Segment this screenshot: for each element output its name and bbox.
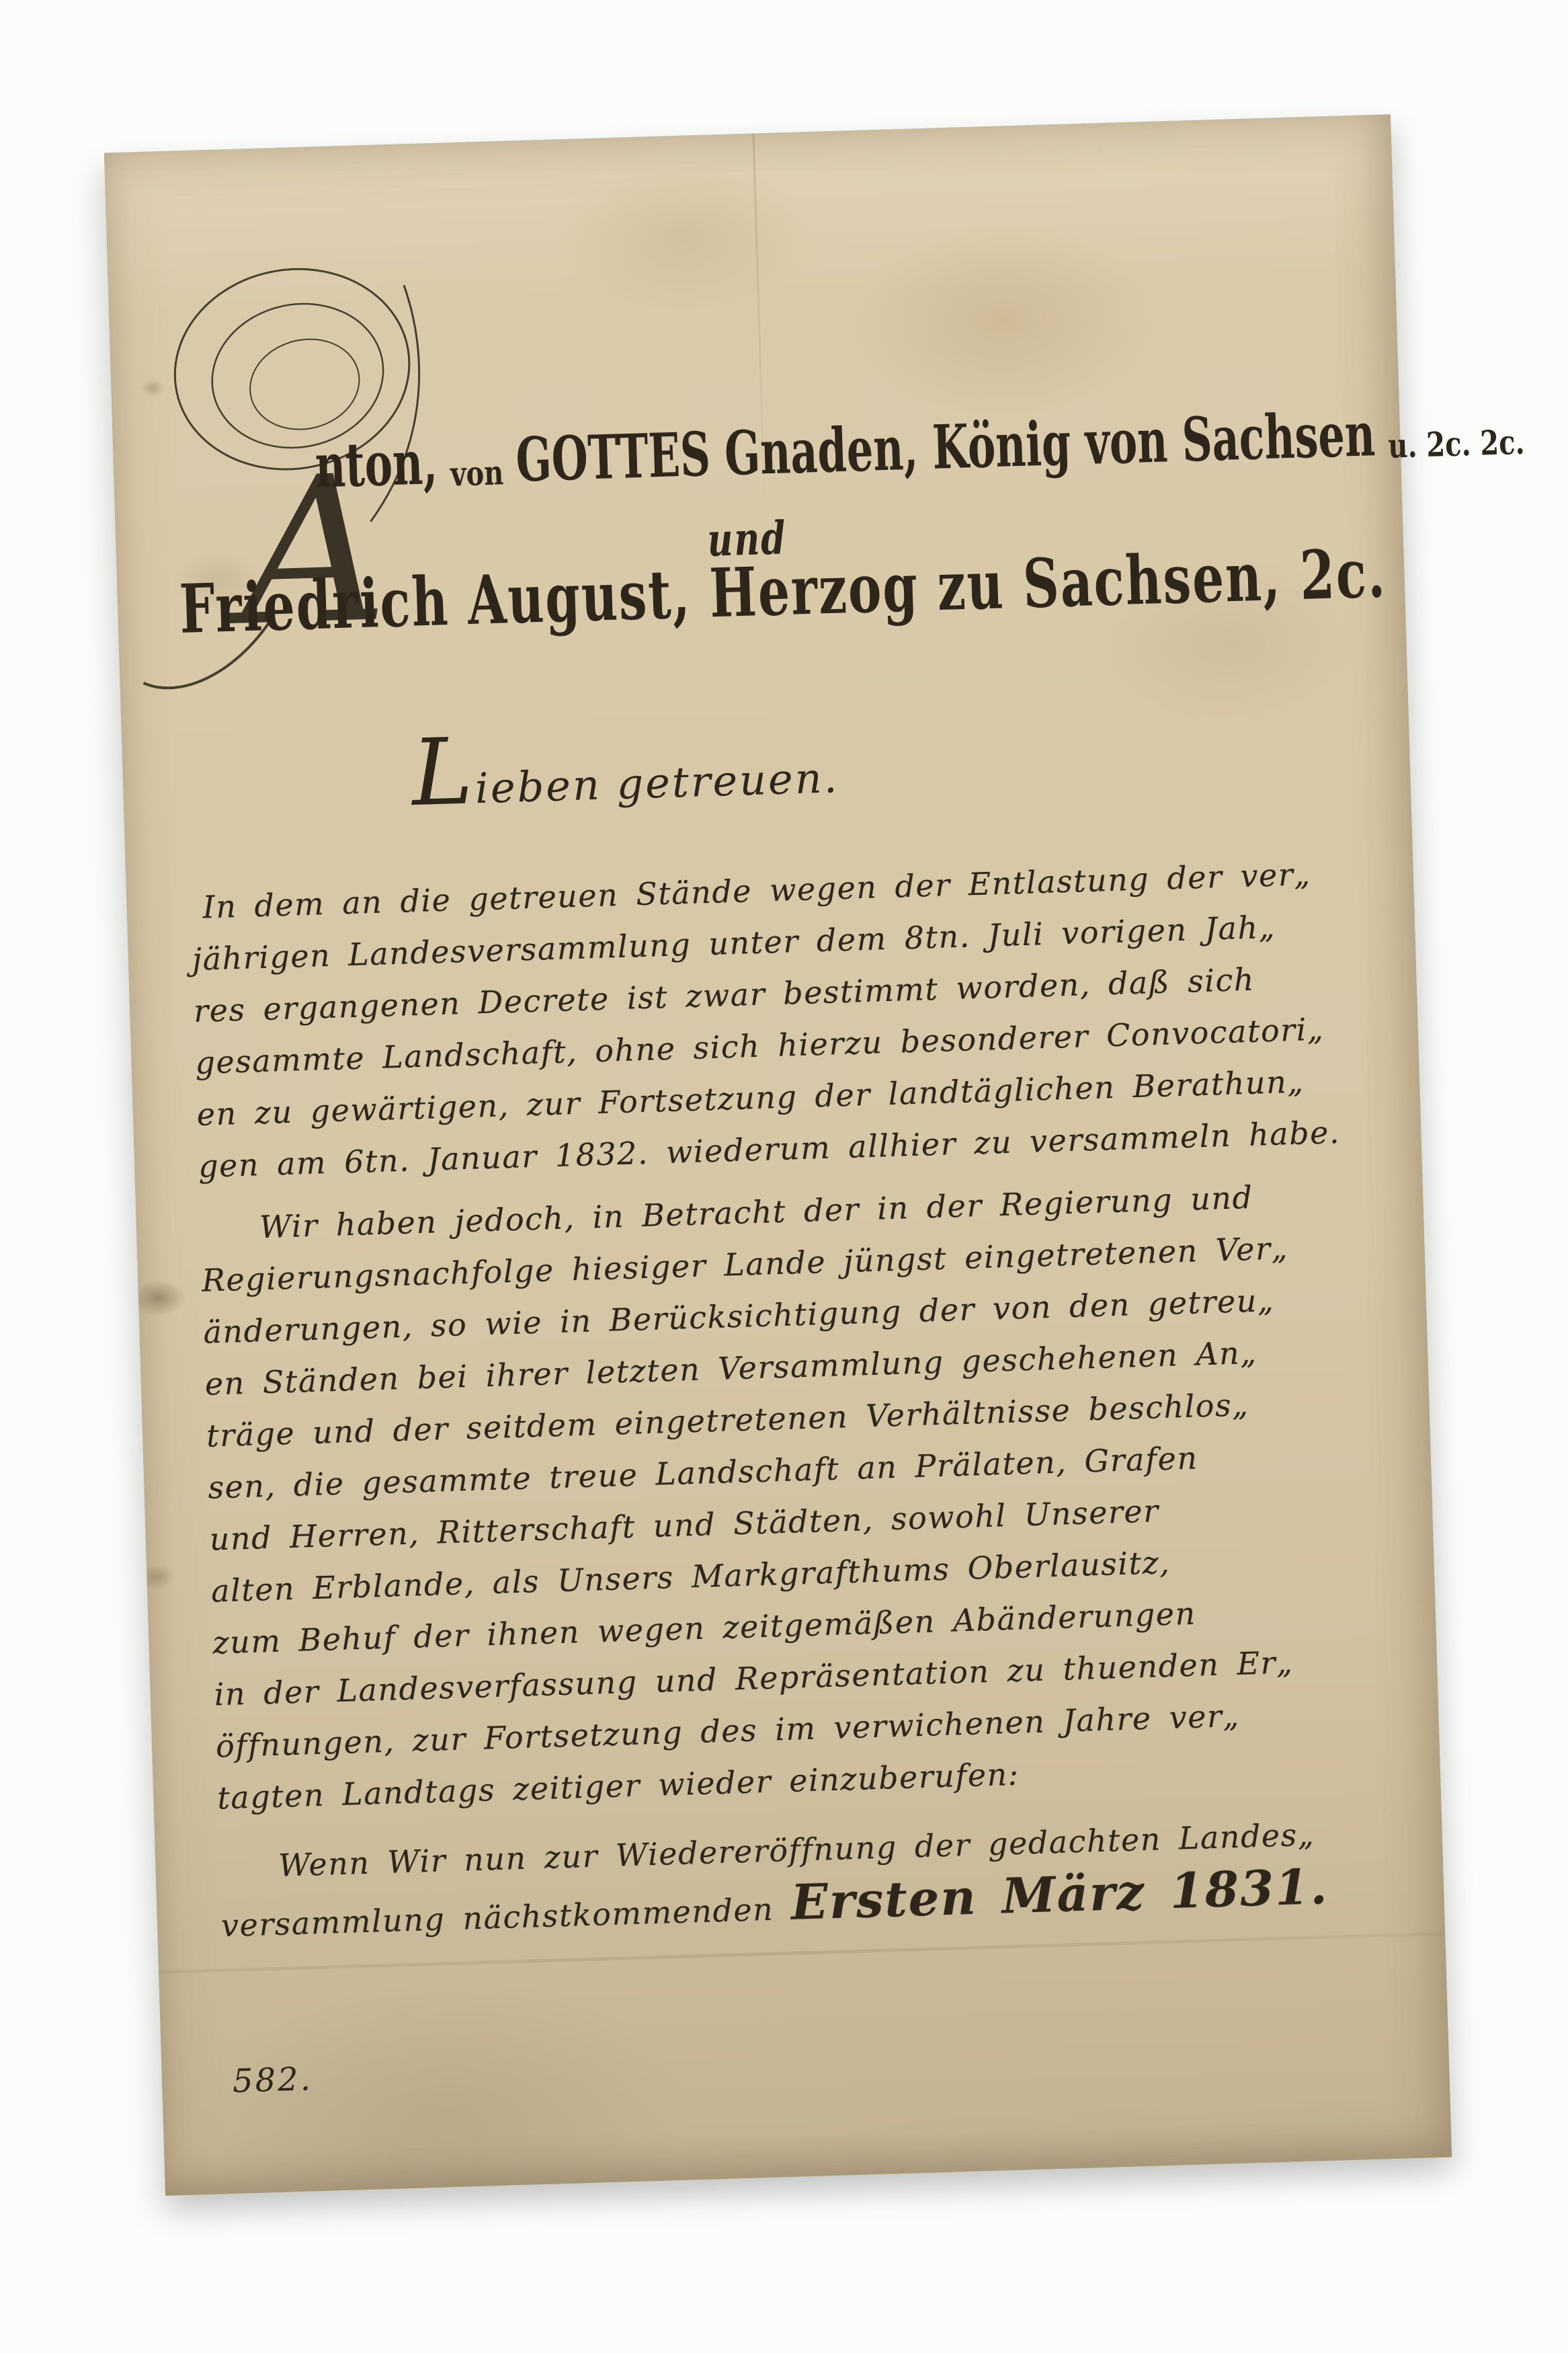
title-etc: u. 2c. 2c.	[1387, 422, 1525, 466]
salutation: Lieben getreuen.	[410, 711, 840, 841]
title-von: von	[450, 453, 504, 494]
paragraph-3: Wenn Wir nun zur Wiedereröffnung der ged…	[218, 1806, 1411, 1952]
manuscript-page: A nton, von GOTTES Gnaden, König von Sac…	[104, 114, 1452, 2196]
paragraph-1: In dem an die getreuen Stände wegen der …	[190, 846, 1388, 1193]
title-name-rest: nton,	[314, 427, 438, 502]
title-main: GOTTES Gnaden, König von Sachsen	[515, 399, 1376, 495]
letter-body: In dem an die getreuen Stände wegen der …	[190, 846, 1411, 1952]
photo-backdrop: A nton, von GOTTES Gnaden, König von Sac…	[0, 0, 1568, 2353]
paragraph-2: Wir haben jedoch, in Betracht der in der…	[200, 1168, 1407, 1825]
royal-title-line1: nton, von GOTTES Gnaden, König von Sachs…	[315, 416, 1534, 502]
folio-number: 582.	[232, 2060, 313, 2100]
dateline-prefix: versammlung nächstkommenden	[220, 1891, 774, 1944]
